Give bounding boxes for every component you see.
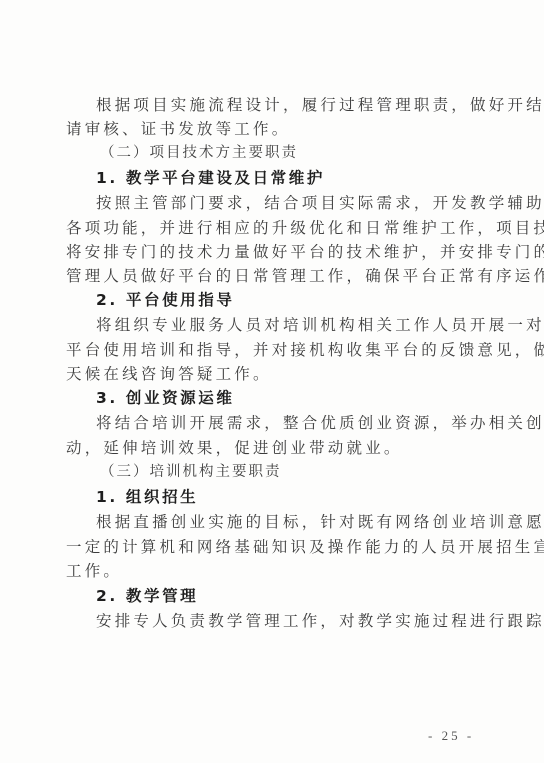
paragraph-line: 将安排专门的技术力量做好平台的技术维护，并安排专门的教务: [66, 242, 466, 262]
paragraph-line: 根据项目实施流程设计，履行过程管理职责，做好开结班申: [96, 95, 496, 115]
paragraph-line: 安排专人负责教学管理工作，对教学实施过程进行跟踪管: [96, 611, 496, 631]
paragraph-line: 管理人员做好平台的日常管理工作，确保平台正常有序运作。: [66, 266, 466, 286]
paragraph-line: 各项功能，并进行相应的升级优化和日常维护工作，项目技术方: [66, 218, 466, 238]
subsection-heading: 1. 教学平台建设及日常维护: [96, 168, 496, 188]
paragraph-line: 将组织专业服务人员对培训机构相关工作人员开展一对一: [96, 315, 496, 335]
subsection-heading: 2. 平台使用指导: [96, 290, 496, 310]
page-number: - 25 -: [428, 728, 474, 744]
document-page: 根据项目实施流程设计，履行过程管理职责，做好开结班申 请审核、证书发放等工作。 …: [0, 0, 544, 763]
paragraph-line: 根据直播创业实施的目标，针对既有网络创业培训意愿又有: [96, 512, 496, 532]
paragraph-line: 动，延伸培训效果，促进创业带动就业。: [66, 438, 466, 458]
paragraph-line: 天候在线咨询答疑工作。: [66, 364, 466, 384]
subsection-heading: 2. 教学管理: [96, 586, 496, 606]
section-heading: （二）项目技术方主要职责: [100, 143, 500, 163]
section-heading: （三）培训机构主要职责: [100, 462, 500, 482]
paragraph-line: 将结合培训开展需求，整合优质创业资源，举办相关创业活: [96, 413, 496, 433]
paragraph-line: 按照主管部门要求，结合项目实际需求，开发教学辅助平台: [96, 193, 496, 213]
subsection-heading: 3. 创业资源运维: [96, 388, 496, 408]
subsection-heading: 1. 组织招生: [96, 487, 496, 507]
paragraph-line: 请审核、证书发放等工作。: [66, 119, 466, 139]
paragraph-line: 工作。: [66, 561, 466, 581]
paragraph-line: 一定的计算机和网络基础知识及操作能力的人员开展招生宣传: [66, 537, 466, 557]
paragraph-line: 平台使用培训和指导，并对接机构收集平台的反馈意见，做好全: [66, 340, 466, 360]
